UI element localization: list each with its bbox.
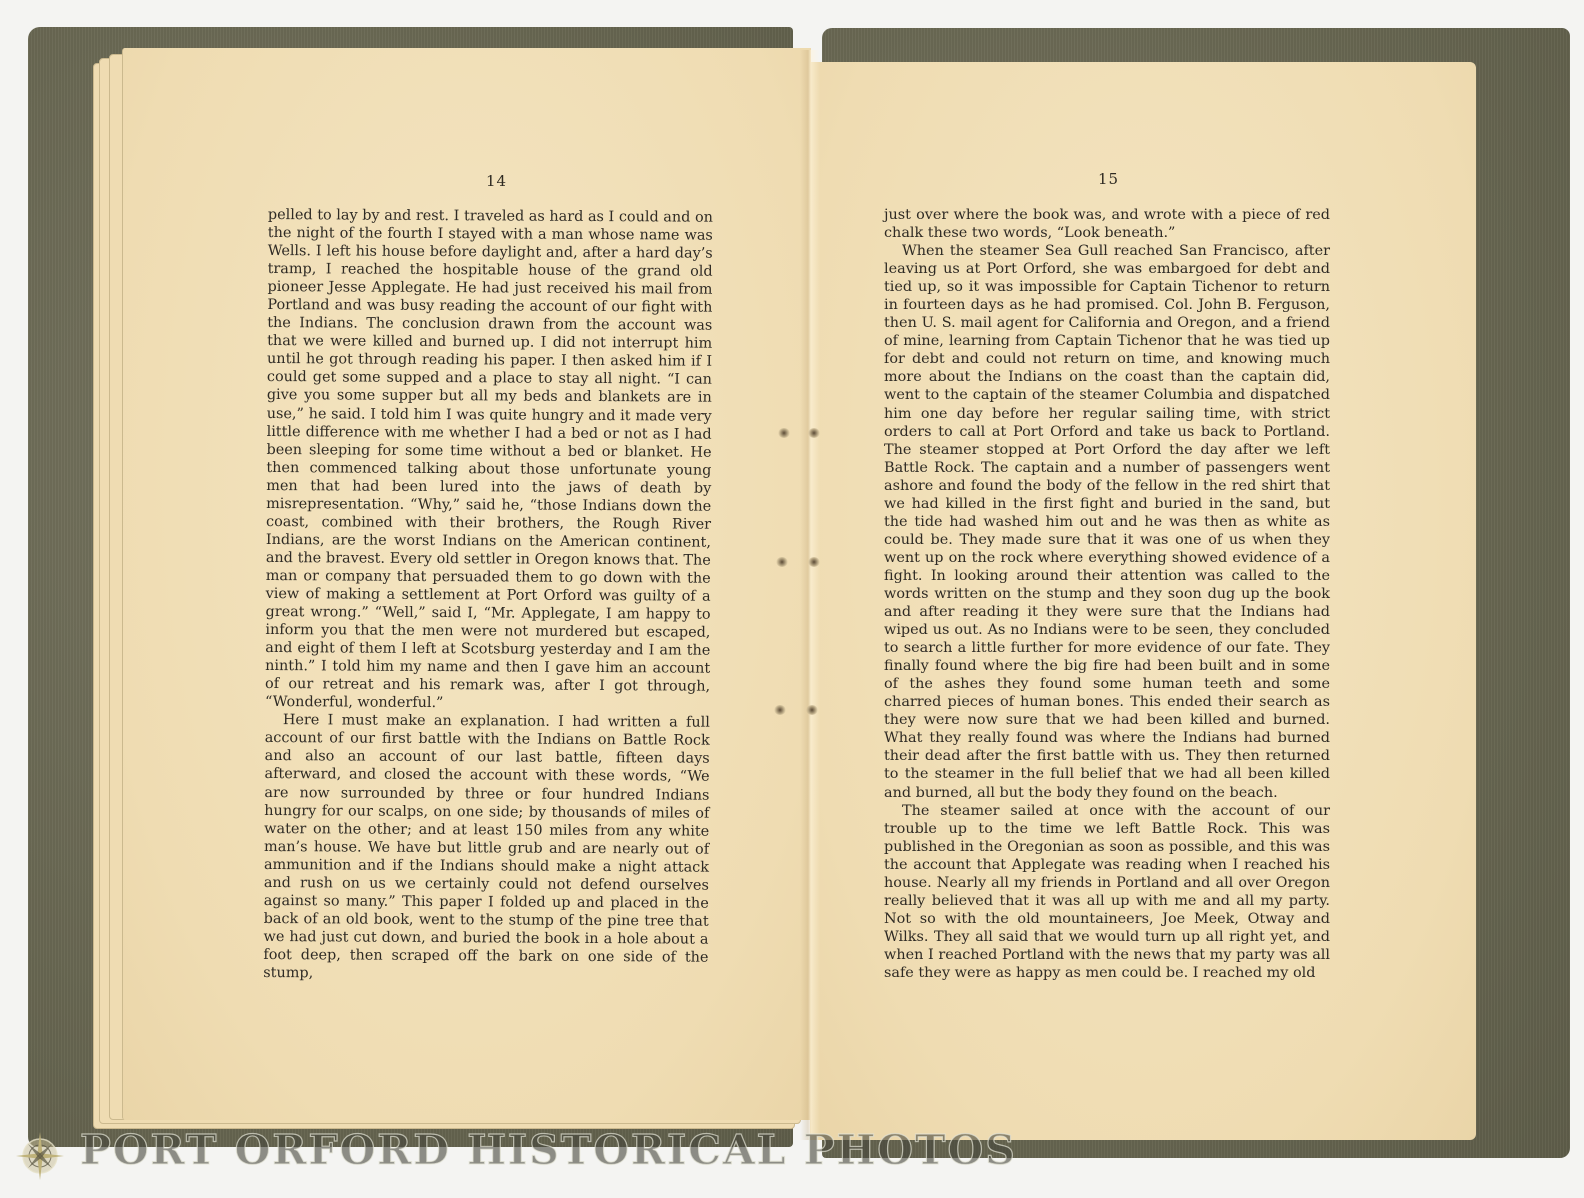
staple-hole-icon: [776, 557, 788, 567]
page-number-right: 15: [1098, 170, 1119, 188]
right-page-text: just over where the book was, and wrote …: [884, 206, 1330, 982]
staple-hole-icon: [778, 428, 790, 438]
paragraph: When the steamer Sea Gull reached San Fr…: [884, 242, 1330, 801]
watermark-text: PORT ORFORD HISTORICAL PHOTOS: [80, 1126, 1017, 1174]
paragraph: just over where the book was, and wrote …: [884, 206, 1330, 242]
left-page-text: pelled to lay by and rest. I traveled as…: [263, 206, 713, 985]
paragraph: pelled to lay by and rest. I traveled as…: [265, 206, 713, 714]
staple-hole-icon: [808, 557, 820, 567]
paragraph: Here I must make an explanation. I had w…: [263, 711, 710, 984]
staple-hole-icon: [774, 705, 786, 715]
paragraph: The steamer sailed at once with the acco…: [884, 802, 1330, 982]
page-number-left: 14: [486, 172, 507, 190]
staple-hole-icon: [806, 705, 818, 715]
book-gutter: [800, 50, 820, 1140]
compass-rose-icon: [14, 1130, 66, 1182]
staple-hole-icon: [808, 428, 820, 438]
